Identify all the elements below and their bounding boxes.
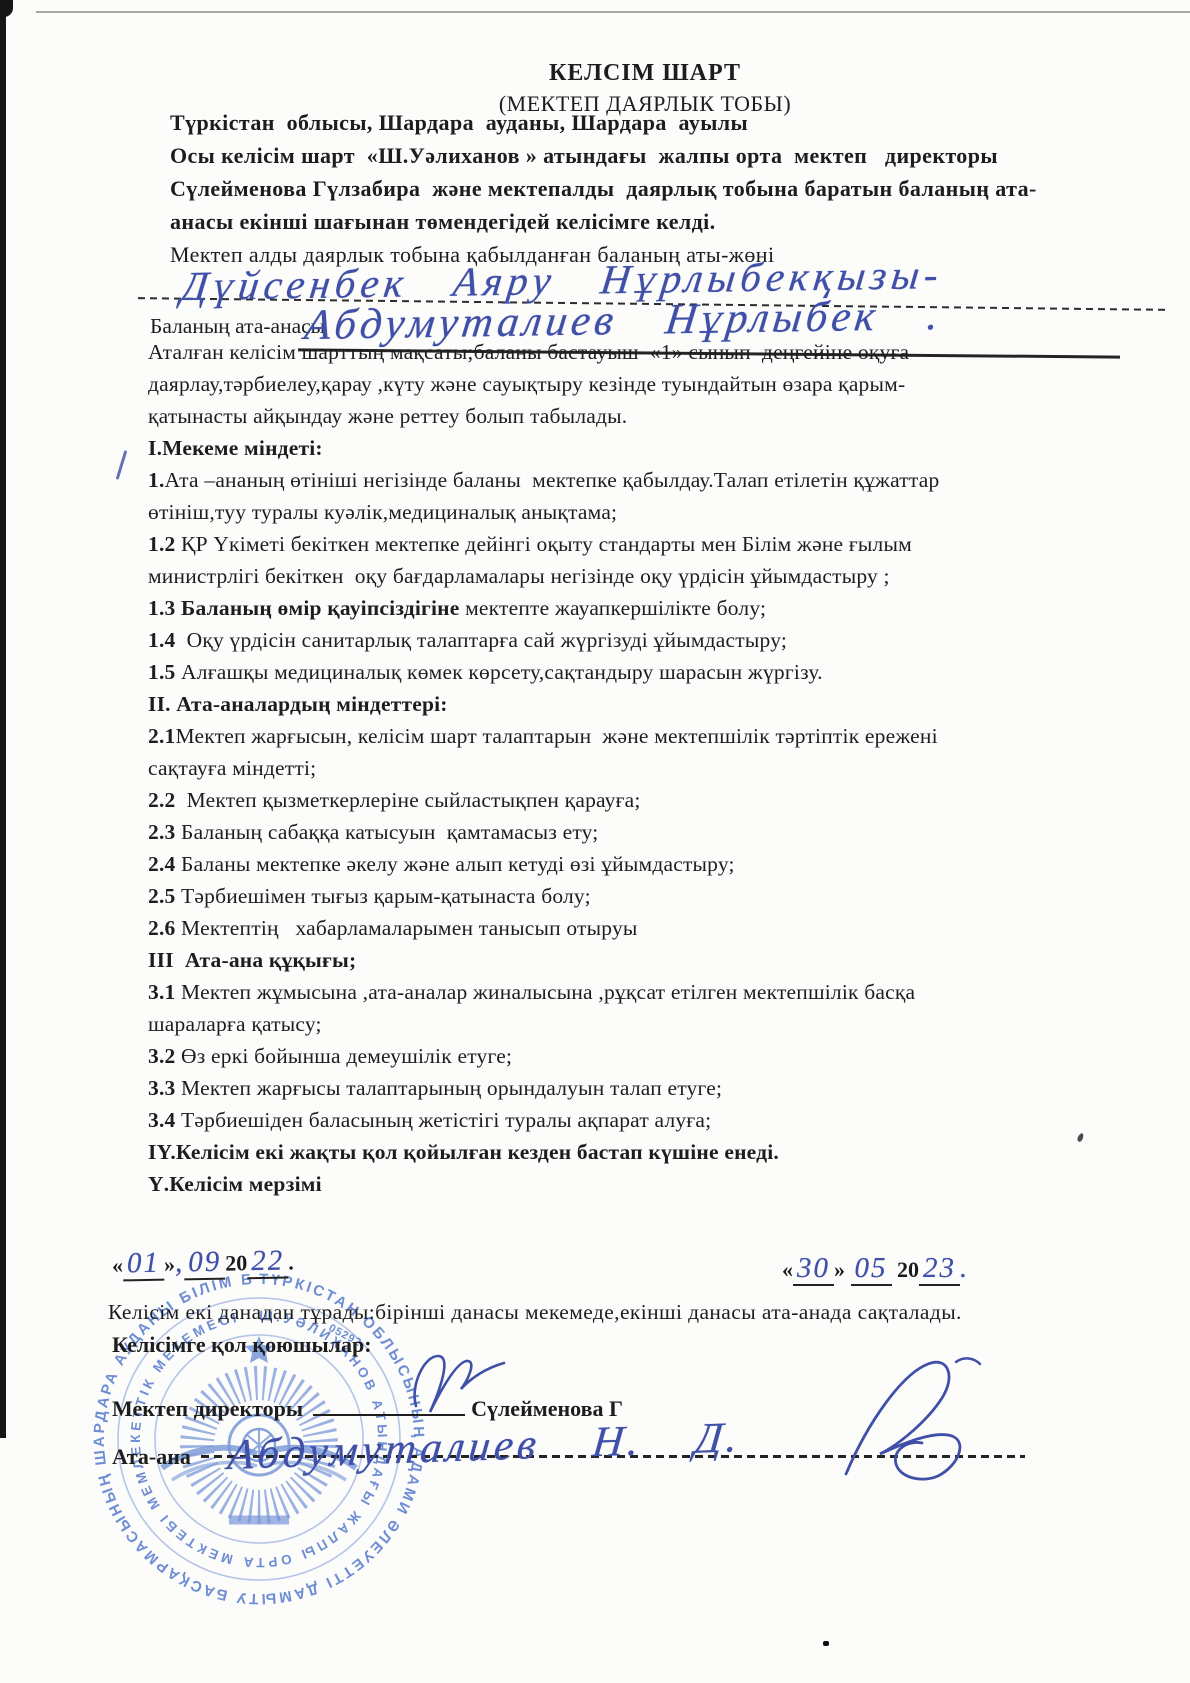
bold-text-segment: 3.3 — [148, 1076, 175, 1100]
text-segment: даярлау,тәрбиелеу,қарау ,күту және сауық… — [148, 372, 905, 396]
contract-body: Аталған келісім шарттың мақсаты;баланы б… — [148, 336, 1158, 1200]
bold-text-segment: 2.1 — [148, 724, 175, 748]
document-line: Ү.Келісім мерзімі — [148, 1168, 1158, 1200]
bold-text-segment: 2.5 — [148, 884, 175, 908]
handwritten-day: 30 — [793, 1252, 834, 1286]
intro-paragraph: Түркістан облысы, Шардара ауданы, Шардар… — [170, 106, 1170, 271]
document-line: 1.4 Оқу үрдісін санитарлық талаптарға са… — [148, 624, 1158, 656]
text-segment: Баланы мектепке әкелу және алып кетуді ө… — [175, 852, 734, 876]
text-segment: ҚР Үкіметі бекіткен мектепке дейінгі оқы… — [175, 532, 911, 556]
bold-text-segment: Ү.Келісім мерзімі — [148, 1172, 322, 1196]
text-segment: Мектептің хабарламаларымен танысып отыру… — [175, 916, 637, 940]
document-line: сақтауға міндетті; — [148, 752, 1158, 784]
handwritten-month: 05 — [851, 1252, 892, 1286]
parent-signature-ink — [828, 1352, 988, 1492]
document-line: 1.Ата –ананың өтініші негізінде баланы м… — [148, 464, 1158, 496]
document-line: Сүлейменова Гүлзабира және мектепалды да… — [170, 172, 1170, 205]
text-segment: Тәрбиешіден баласының жетістігі туралы а… — [175, 1108, 711, 1132]
bold-text-segment: Сүлейменова Гүлзабира және мектепалды да… — [170, 176, 1037, 201]
document-line: 3.4 Тәрбиешіден баласының жетістігі тура… — [148, 1104, 1158, 1136]
bold-text-segment: 2.2 — [148, 788, 175, 812]
period-mark: . — [288, 1249, 294, 1274]
text-segment: Мектеп қызметкерлеріне сыйластықпен қара… — [175, 788, 640, 812]
bold-text-segment: ІІІ Ата-ана құқығы; — [148, 948, 356, 972]
document-line: 3.3 Мектеп жарғысы талаптарының орындалу… — [148, 1072, 1158, 1104]
document-line: 2.6 Мектептің хабарламаларымен танысып о… — [148, 912, 1158, 944]
bold-text-segment: анасы екінші шағынан төмендегідей келісі… — [170, 209, 716, 234]
bold-text-segment: 1. — [148, 468, 165, 492]
bold-text-segment: Осы келісім шарт «Ш.Уәлиханов » атындағы… — [170, 143, 998, 168]
bold-text-segment: 2.3 — [148, 820, 175, 844]
text-segment: қатынасты айқындау және реттеу болып таб… — [148, 404, 627, 428]
scan-speck — [823, 1641, 829, 1646]
text-segment: Мектеп жарғысын, келісім шарт талаптарын… — [175, 724, 937, 748]
date-from: «01»,092022. — [112, 1244, 294, 1280]
bold-text-segment: ІІ. Ата-аналардың міндеттері: — [148, 692, 448, 716]
bold-text-segment: 1.5 — [148, 660, 175, 684]
quote-close: » — [164, 1251, 175, 1276]
bold-text-segment: Түркістан облысы, Шардара ауданы, Шардар… — [170, 110, 748, 135]
handwritten-parent-name: Абдумуталиев Нұрлыбек . — [302, 291, 945, 350]
bold-text-segment: ІY.Келісім екі жақты қол қойылған кезден… — [148, 1140, 779, 1164]
document-line: анасы екінші шағынан төмендегідей келісі… — [170, 205, 1170, 238]
text-segment: министрлігі бекіткен оқу бағдарламалары … — [148, 564, 890, 588]
document-line: ІY.Келісім екі жақты қол қойылған кезден… — [148, 1136, 1158, 1168]
handwritten-month: 09 — [184, 1246, 226, 1281]
text-segment: мектепте жауапкершілікте болу; — [460, 596, 767, 620]
bold-text-segment: 3.1 — [148, 980, 175, 1004]
document-line: даярлау,тәрбиелеу,қарау ,күту және сауық… — [148, 368, 1158, 400]
document-line: ІІІ Ата-ана құқығы; — [148, 944, 1158, 976]
text-segment: сақтауға міндетті; — [148, 756, 316, 780]
document-line: 2.2 Мектеп қызметкерлеріне сыйластықпен … — [148, 784, 1158, 816]
handwritten-day: 01 — [123, 1247, 165, 1282]
pen-mark — [116, 450, 128, 480]
bold-text-segment: 3.4 — [148, 1108, 175, 1132]
scan-edge-line — [36, 11, 1190, 13]
document-line: министрлігі бекіткен оқу бағдарламалары … — [148, 560, 1158, 592]
document-line: 1.5 Алғашқы медициналық көмек көрсету,са… — [148, 656, 1158, 688]
text-segment: Алғашқы медициналық көмек көрсету,сақтан… — [175, 660, 822, 684]
scanned-document-page: { "document": { "title": "КЕЛСІМ ШАРТ", … — [0, 0, 1190, 1683]
document-line: ІІ. Ата-аналардың міндеттері: — [148, 688, 1158, 720]
signers-heading: Келісімге қол қоюшылар: — [112, 1332, 372, 1358]
printed-century: 20 — [897, 1257, 919, 1282]
handwritten-year: 22 — [247, 1245, 289, 1280]
document-line: Түркістан облысы, Шардара ауданы, Шардар… — [170, 106, 1170, 139]
document-line: қатынасты айқындау және реттеу болып таб… — [148, 400, 1158, 432]
text-segment: өтініш,туу туралы куәлік,медициналық аны… — [148, 500, 617, 524]
document-line: І.Мекеме міндеті: — [148, 432, 1158, 464]
bold-text-segment: 3.2 — [148, 1044, 175, 1068]
text-segment: шараларға қатысу; — [148, 1012, 322, 1036]
handwritten-year: 23 — [919, 1252, 960, 1286]
bold-text-segment: 1.2 — [148, 532, 175, 556]
quote-close: » — [834, 1257, 845, 1282]
bold-text-segment: І.Мекеме міндеті: — [148, 436, 323, 460]
text-segment: Мектеп жарғысы талаптарының орындалуын т… — [175, 1076, 722, 1100]
period-mark: . — [960, 1252, 969, 1284]
text-segment: Ата –ананың өтініші негізінде баланы мек… — [165, 468, 940, 492]
bold-text-segment: 2.6 — [148, 916, 175, 940]
document-line: 1.2 ҚР Үкіметі бекіткен мектепке дейінгі… — [148, 528, 1158, 560]
text-segment: Оқу үрдісін санитарлық талаптарға сай жү… — [175, 628, 787, 652]
text-segment: Баланың сабаққа катысуын қамтамасыз ету; — [175, 820, 598, 844]
quote-open: « — [782, 1257, 793, 1282]
printed-century: 20 — [225, 1250, 247, 1275]
bold-text-segment: 1.4 — [148, 628, 175, 652]
closing-statement: Келісім екі данадан тұрады:бірінші данас… — [108, 1300, 962, 1325]
document-line: өтініш,туу туралы куәлік,медициналық аны… — [148, 496, 1158, 528]
text-segment: Тәрбиешімен тығыз қарым-қатынаста болу; — [175, 884, 590, 908]
director-signature-ink — [408, 1346, 518, 1424]
parent-sign-label: Ата-ана — [112, 1444, 191, 1469]
bold-text-segment: 2.4 — [148, 852, 175, 876]
page-title: КЕЛСІМ ШАРТ — [150, 60, 1140, 87]
document-line: 2.3 Баланың сабаққа катысуын қамтамасыз … — [148, 816, 1158, 848]
document-line: 3.2 Өз еркі бойынша демеушілік етуге; — [148, 1040, 1158, 1072]
director-signature-row: Мектеп директорыСүлейменова Г — [112, 1394, 623, 1422]
document-line: шараларға қатысу; — [148, 1008, 1158, 1040]
bold-text-segment: 1.3 Баланың өмір қауіпсіздігіне — [148, 596, 460, 620]
quote-open: « — [112, 1252, 123, 1277]
document-line: 2.4 Баланы мектепке әкелу және алып кету… — [148, 848, 1158, 880]
director-label: Мектеп директоры — [112, 1396, 303, 1421]
document-line: Осы келісім шарт «Ш.Уәлиханов » атындағы… — [170, 139, 1170, 172]
document-line: 2.1Мектеп жарғысын, келісім шарт талапта… — [148, 720, 1158, 752]
document-line: 3.1 Мектеп жұмысына ,ата-аналар жиналысы… — [148, 976, 1158, 1008]
document-line: 2.5 Тәрбиешімен тығыз қарым-қатынаста бо… — [148, 880, 1158, 912]
document-line: 1.3 Баланың өмір қауіпсіздігіне мектепте… — [148, 592, 1158, 624]
text-segment: Мектеп жұмысына ,ата-аналар жиналысына ,… — [175, 980, 915, 1004]
scan-edge-corner — [0, 0, 13, 17]
scan-edge-strip — [0, 0, 6, 1438]
date-to: «30» 05 2023. — [782, 1252, 969, 1285]
text-segment: Өз еркі бойынша демеушілік етуге; — [175, 1044, 512, 1068]
